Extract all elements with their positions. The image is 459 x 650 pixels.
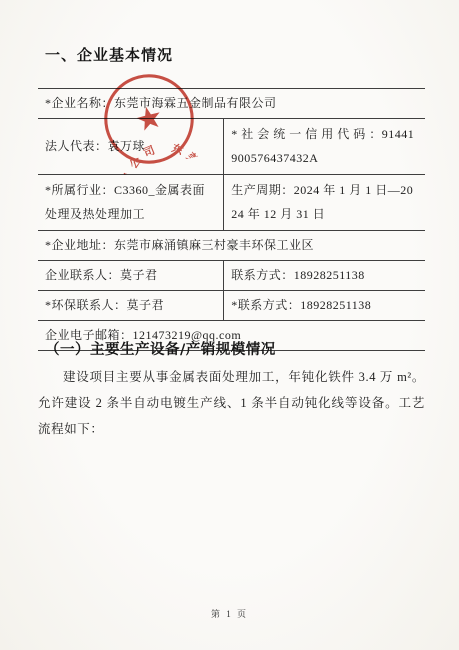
cell-company-name: *企业名称：东莞市海霖五金制品有限公司: [38, 89, 425, 119]
cell-env-contact-person: *环保联系人：莫子君: [38, 291, 224, 321]
cell-contact-phone: 联系方式：18928251138: [224, 261, 425, 291]
cell-credit-code: * 社 会 统 一 信 用 代 码 ：91441900576437432A: [224, 119, 425, 175]
table-row-company-name: *企业名称：东莞市海霖五金制品有限公司: [38, 89, 425, 119]
cell-legal-representative: 法人代表：袁万球: [38, 119, 224, 175]
cell-env-contact-phone: *联系方式：18928251138: [224, 291, 425, 321]
section-heading: （一）主要生产设备/产销规模情况: [45, 338, 276, 359]
document-title: 一、企业基本情况: [45, 44, 173, 65]
cell-production-period: 生产周期：2024 年 1 月 1 日—2024 年 12 月 31 日: [224, 175, 425, 231]
table-row-industry: *所属行业：C3360_金属表面处理及热处理加工 生产周期：2024 年 1 月…: [38, 175, 425, 231]
cell-industry: *所属行业：C3360_金属表面处理及热处理加工: [38, 175, 224, 231]
body-paragraph: 建设项目主要从事金属表面处理加工，年钝化铁件 3.4 万 m²。允许建设 2 条…: [38, 364, 425, 442]
cell-company-address: *企业地址：东莞市麻涌镇麻三村豪丰环保工业区: [38, 231, 425, 261]
table-row-contact: 企业联系人：莫子君 联系方式：18928251138: [38, 261, 425, 291]
company-info-table: *企业名称：东莞市海霖五金制品有限公司 法人代表：袁万球 * 社 会 统 一 信…: [38, 88, 425, 351]
table-row-env-contact: *环保联系人：莫子君 *联系方式：18928251138: [38, 291, 425, 321]
scanned-document-page: 一、企业基本情况 *企业名称：东莞市海霖五金制品有限公司 法人代表：袁万球 * …: [0, 0, 459, 650]
table-row-address: *企业地址：东莞市麻涌镇麻三村豪丰环保工业区: [38, 231, 425, 261]
table-row-legal-rep: 法人代表：袁万球 * 社 会 统 一 信 用 代 码 ：914419005764…: [38, 119, 425, 175]
cell-contact-person: 企业联系人：莫子君: [38, 261, 224, 291]
page-number: 第 1 页: [0, 607, 459, 620]
